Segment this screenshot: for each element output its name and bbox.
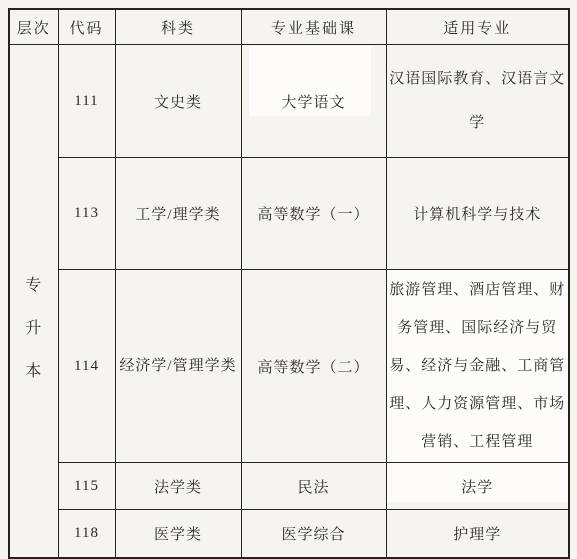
course-cell: 大学语文 [241, 45, 386, 158]
category-cell: 法学类 [115, 463, 241, 510]
category-cell: 经济学/管理学类 [115, 270, 241, 463]
table-row-111: 专升本 111 文史类 大学语文 汉语国际教育、汉语言文学 [9, 45, 569, 158]
code-cell: 115 [58, 463, 115, 510]
col-header-category: 科类 [115, 9, 241, 45]
category-cell: 医学类 [115, 510, 241, 559]
course-cell: 医学综合 [241, 510, 386, 559]
category-cell: 工学/理学类 [115, 158, 241, 270]
table-row-113: 113 工学/理学类 高等数学（一） 计算机科学与技术 [9, 158, 569, 270]
table-row-115: 115 法学类 民法 法学 [9, 463, 569, 510]
course-cell: 高等数学（二） [241, 270, 386, 463]
exam-subject-table: 层次 代码 科类 专业基础课 适用专业 专升本 111 文史类 大学语文 汉语国… [8, 8, 570, 559]
col-header-code: 代码 [58, 9, 115, 45]
document-page: 层次 代码 科类 专业基础课 适用专业 专升本 111 文史类 大学语文 汉语国… [0, 0, 577, 559]
majors-cell: 法学 [386, 463, 569, 510]
code-cell: 114 [58, 270, 115, 463]
level-cell: 专升本 [9, 45, 58, 559]
code-cell: 113 [58, 158, 115, 270]
category-cell: 文史类 [115, 45, 241, 158]
col-header-level: 层次 [9, 9, 58, 45]
header-row: 层次 代码 科类 专业基础课 适用专业 [9, 9, 569, 45]
code-cell: 118 [58, 510, 115, 559]
col-header-course: 专业基础课 [241, 9, 386, 45]
level-label: 专升本 [24, 209, 44, 393]
course-cell: 高等数学（一） [241, 158, 386, 270]
majors-cell: 汉语国际教育、汉语言文学 [386, 45, 569, 158]
majors-cell: 旅游管理、酒店管理、财务管理、国际经济与贸易、经济与金融、工商管理、人力资源管理… [386, 270, 569, 463]
majors-cell: 护理学 [386, 510, 569, 559]
table-row-114: 114 经济学/管理学类 高等数学（二） 旅游管理、酒店管理、财务管理、国际经济… [9, 270, 569, 463]
majors-text: 法学 [461, 480, 493, 496]
table-row-118: 118 医学类 医学综合 护理学 [9, 510, 569, 559]
code-cell: 111 [58, 45, 115, 158]
col-header-majors: 适用专业 [386, 9, 569, 45]
majors-cell: 计算机科学与技术 [386, 158, 569, 270]
course-cell: 民法 [241, 463, 386, 510]
course-text: 大学语文 [281, 95, 345, 111]
category-text: 经济学/管理学类 [116, 348, 241, 385]
